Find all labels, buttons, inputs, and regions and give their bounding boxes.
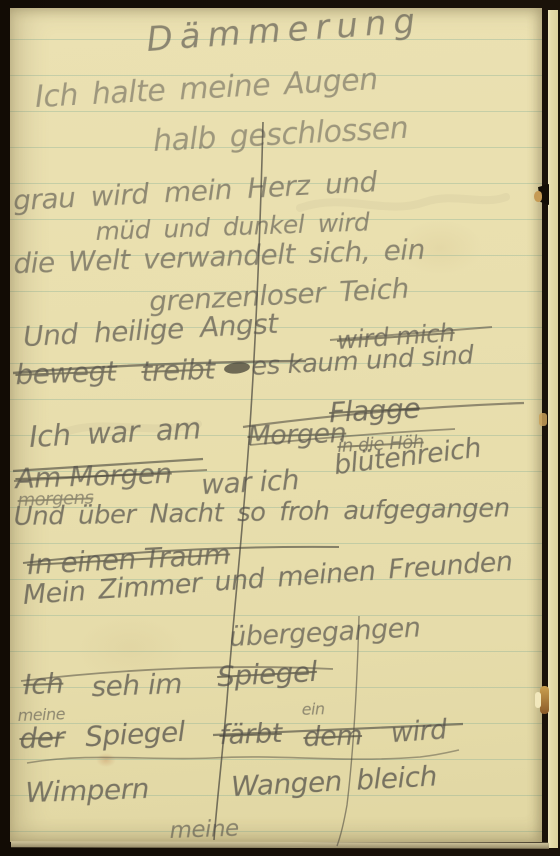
paper-tear-highlight: [535, 692, 541, 708]
handwriting-segment: wird: [390, 714, 448, 749]
handwriting-segment-struck: treibt: [141, 352, 215, 388]
handwriting-segment-struck: Morgen: [247, 418, 347, 452]
handwriting-segment-struck: färbt: [219, 718, 282, 751]
handwriting-segment: meine: [169, 816, 239, 844]
paper-tear: [540, 686, 549, 714]
handwriting-segment-struck: bewegt: [15, 354, 117, 391]
handwriting-segment-struck: Ich: [23, 667, 64, 701]
paper-tear: [534, 191, 542, 202]
handwriting-segment-struck: dem: [303, 720, 363, 753]
handwriting-segment: seh im: [91, 667, 183, 703]
notebook-scan: Dämmerung Ich halte meine Augen halb ges…: [0, 0, 560, 856]
paper-tear: [539, 413, 547, 426]
handwriting-segment-struck: Spiegel: [216, 655, 317, 693]
handwriting-segment: war ich: [200, 463, 299, 501]
handwriting-segment: ein: [301, 699, 325, 719]
handwriting-segment-struck: der: [19, 720, 65, 755]
handwriting-segment: Spiegel: [84, 715, 185, 753]
handwriting-segment: Wimpern: [25, 772, 150, 809]
